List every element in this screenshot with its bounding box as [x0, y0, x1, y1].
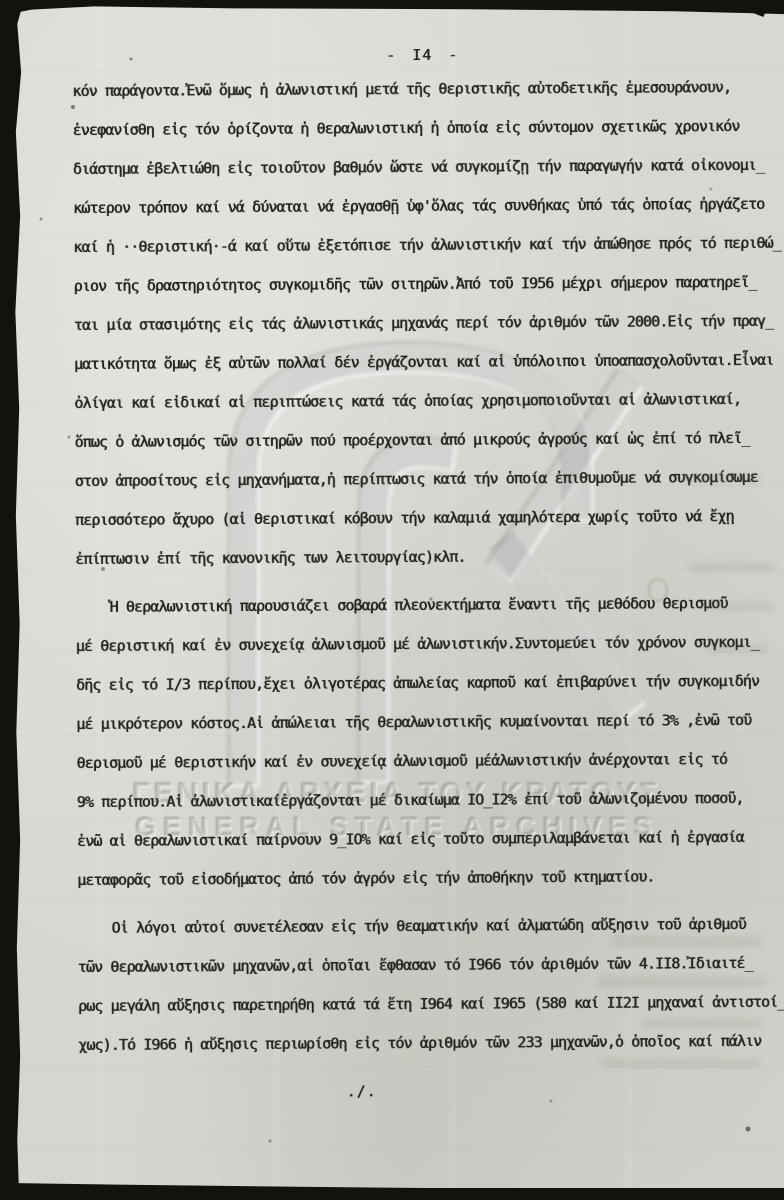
text-line: μέ θεριστική καί ἐν συνεχείᾳ ἀλωνισμοῦ μ… [76, 623, 776, 666]
text-line: καί ἡ ··θεριστική·-ά καί οὕτω ἐξετόπισε … [73, 224, 773, 267]
text-line: Ἡ θεραλωνιστική παρουσιάζει σοβαρά πλεον… [75, 584, 775, 627]
text-line: ται μία στασιμότης εἰς τάς ἀλωνιστικάς μ… [74, 302, 774, 345]
paper-sheet: ΓΕΝΙΚΑ ΑΡΧΕΙΑ ΤΟΥ ΚΡΑΤΟΥΣ GENERAL STATE … [10, 6, 784, 1188]
bleed-through-smudge [682, 474, 762, 483]
text-line: θερισμοῦ μέ θεριστικήν καί ἐν συνεχείᾳ ἀ… [76, 740, 776, 783]
scanned-page: ΓΕΝΙΚΑ ΑΡΧΕΙΑ ΤΟΥ ΚΡΑΤΟΥΣ GENERAL STATE … [0, 0, 784, 1200]
bleed-through-smudge [598, 976, 766, 987]
typewritten-text-block: - I4 - κόν παράγοντα.Ἐνῶ ὅμως ἡ ἀλωνιστι… [72, 38, 778, 1108]
text-line: ριον τῆς δραστηριότητος συγκομιδῆς τῶν σ… [73, 263, 773, 306]
text-line: ὅπως ὁ ἀλωνισμός τῶν σιτηρῶν πού προέρχο… [74, 419, 774, 462]
text-line: περισσότερο ἄχυρο (αἱ θεριστικαί κόβουν … [75, 497, 775, 540]
text-line: μέ μικρότερον κόστος.Αἱ ἀπώλειαι τῆς θερ… [76, 701, 776, 744]
text-line: ματικότητα ὅμως ἐξ αὐτῶν πολλαί δέν ἐργά… [74, 341, 774, 384]
text-line: 9% περίπου.Αἱ ἀλωνιστικαίἐργάζονται μέ δ… [77, 779, 777, 822]
text-line: κόν παράγοντα.Ἐνῶ ὅμως ἡ ἀλωνιστική μετά… [72, 68, 772, 111]
bleed-through-smudge [690, 562, 774, 572]
bleed-through-smudge [708, 644, 768, 653]
paragraph: Ἡ θεραλωνιστική παρουσιάζει σοβαρά πλεον… [75, 584, 777, 900]
text-line: ἐνεφανίσθη εἰς τόν ὁρίζοντα ἡ θεραλωνιστ… [72, 107, 772, 150]
text-line: δῆς εἰς τό I/3 περίπου,ἔχει ὀλιγοτέρας ἀ… [76, 662, 776, 705]
paragraph: κόν παράγοντα.Ἐνῶ ὅμως ἡ ἀλωνιστική μετά… [72, 68, 775, 579]
text-line: στον ἀπροσίτους εἰς μηχανήματα,ἡ περίπτω… [75, 458, 775, 501]
bleed-through-smudge [612, 936, 762, 947]
text-line: διάστημα ἐβελτιώθη εἰς τοιοῦτον βαθμόν ὥ… [73, 146, 773, 189]
bleed-through-smudge [702, 602, 772, 611]
text-line: ἐνῶ αἱ θεραλωνιστικαί παίρνουν 9_IΟ% καί… [77, 818, 777, 861]
continuation-mark: ./. [78, 1074, 778, 1108]
page-number: - I4 - [72, 38, 772, 72]
text-line: ἐπίπτωσιν ἐπί τῆς κανονικῆς των λειτουργ… [75, 536, 775, 579]
text-line: μεταφορᾶς τοῦ εἰσοδήματος ἀπό τόν ἀγρόν … [77, 857, 777, 900]
text-line: κώτερον τρόπον καί νά δύναται νά ἐργασθῇ… [73, 185, 773, 228]
text-line: ὀλίγαι καί εἰδικαί αἱ περιπτώσεις κατά τ… [74, 380, 774, 423]
bleed-through-smudge [602, 1058, 760, 1068]
ink-stain [648, 578, 668, 602]
bleed-through-smudge [642, 1018, 762, 1028]
